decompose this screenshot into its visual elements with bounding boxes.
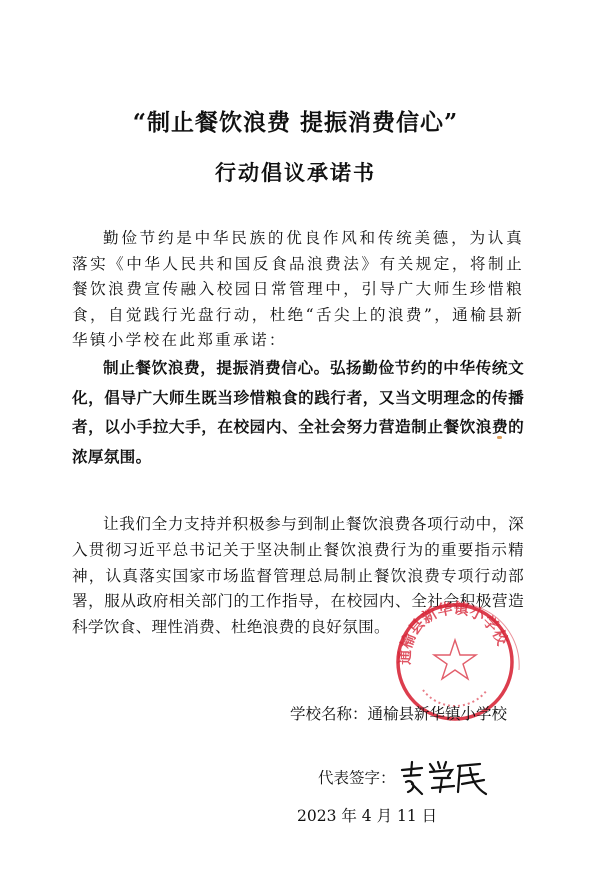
document-date: 2023 年 4 月 11 日 <box>297 804 437 826</box>
school-name: 学校名称：通榆县新华镇小学校 <box>290 702 507 724</box>
paragraph-commitment: 制止餐饮浪费，提振消费信心。弘扬勤俭节约的中华传统文化，倡导广大师生既当珍惜粮食… <box>72 354 524 472</box>
svg-text:通榆县新华镇小学校: 通榆县新华镇小学校 <box>396 599 512 665</box>
document-title: “制止餐饮浪费 提振消费信心” <box>0 104 591 137</box>
representative-label: 代表签字： <box>318 766 396 788</box>
representative-signature-row: 代表签字： <box>318 758 488 796</box>
paragraph-intro: 勤俭节约是中华民族的优良作风和传统美德，为认真落实《中华人民共和国反食品浪费法》… <box>72 226 524 354</box>
ink-speck <box>497 436 502 439</box>
document-subtitle: 行动倡议承诺书 <box>0 157 591 187</box>
handwritten-signature-icon <box>398 758 488 796</box>
